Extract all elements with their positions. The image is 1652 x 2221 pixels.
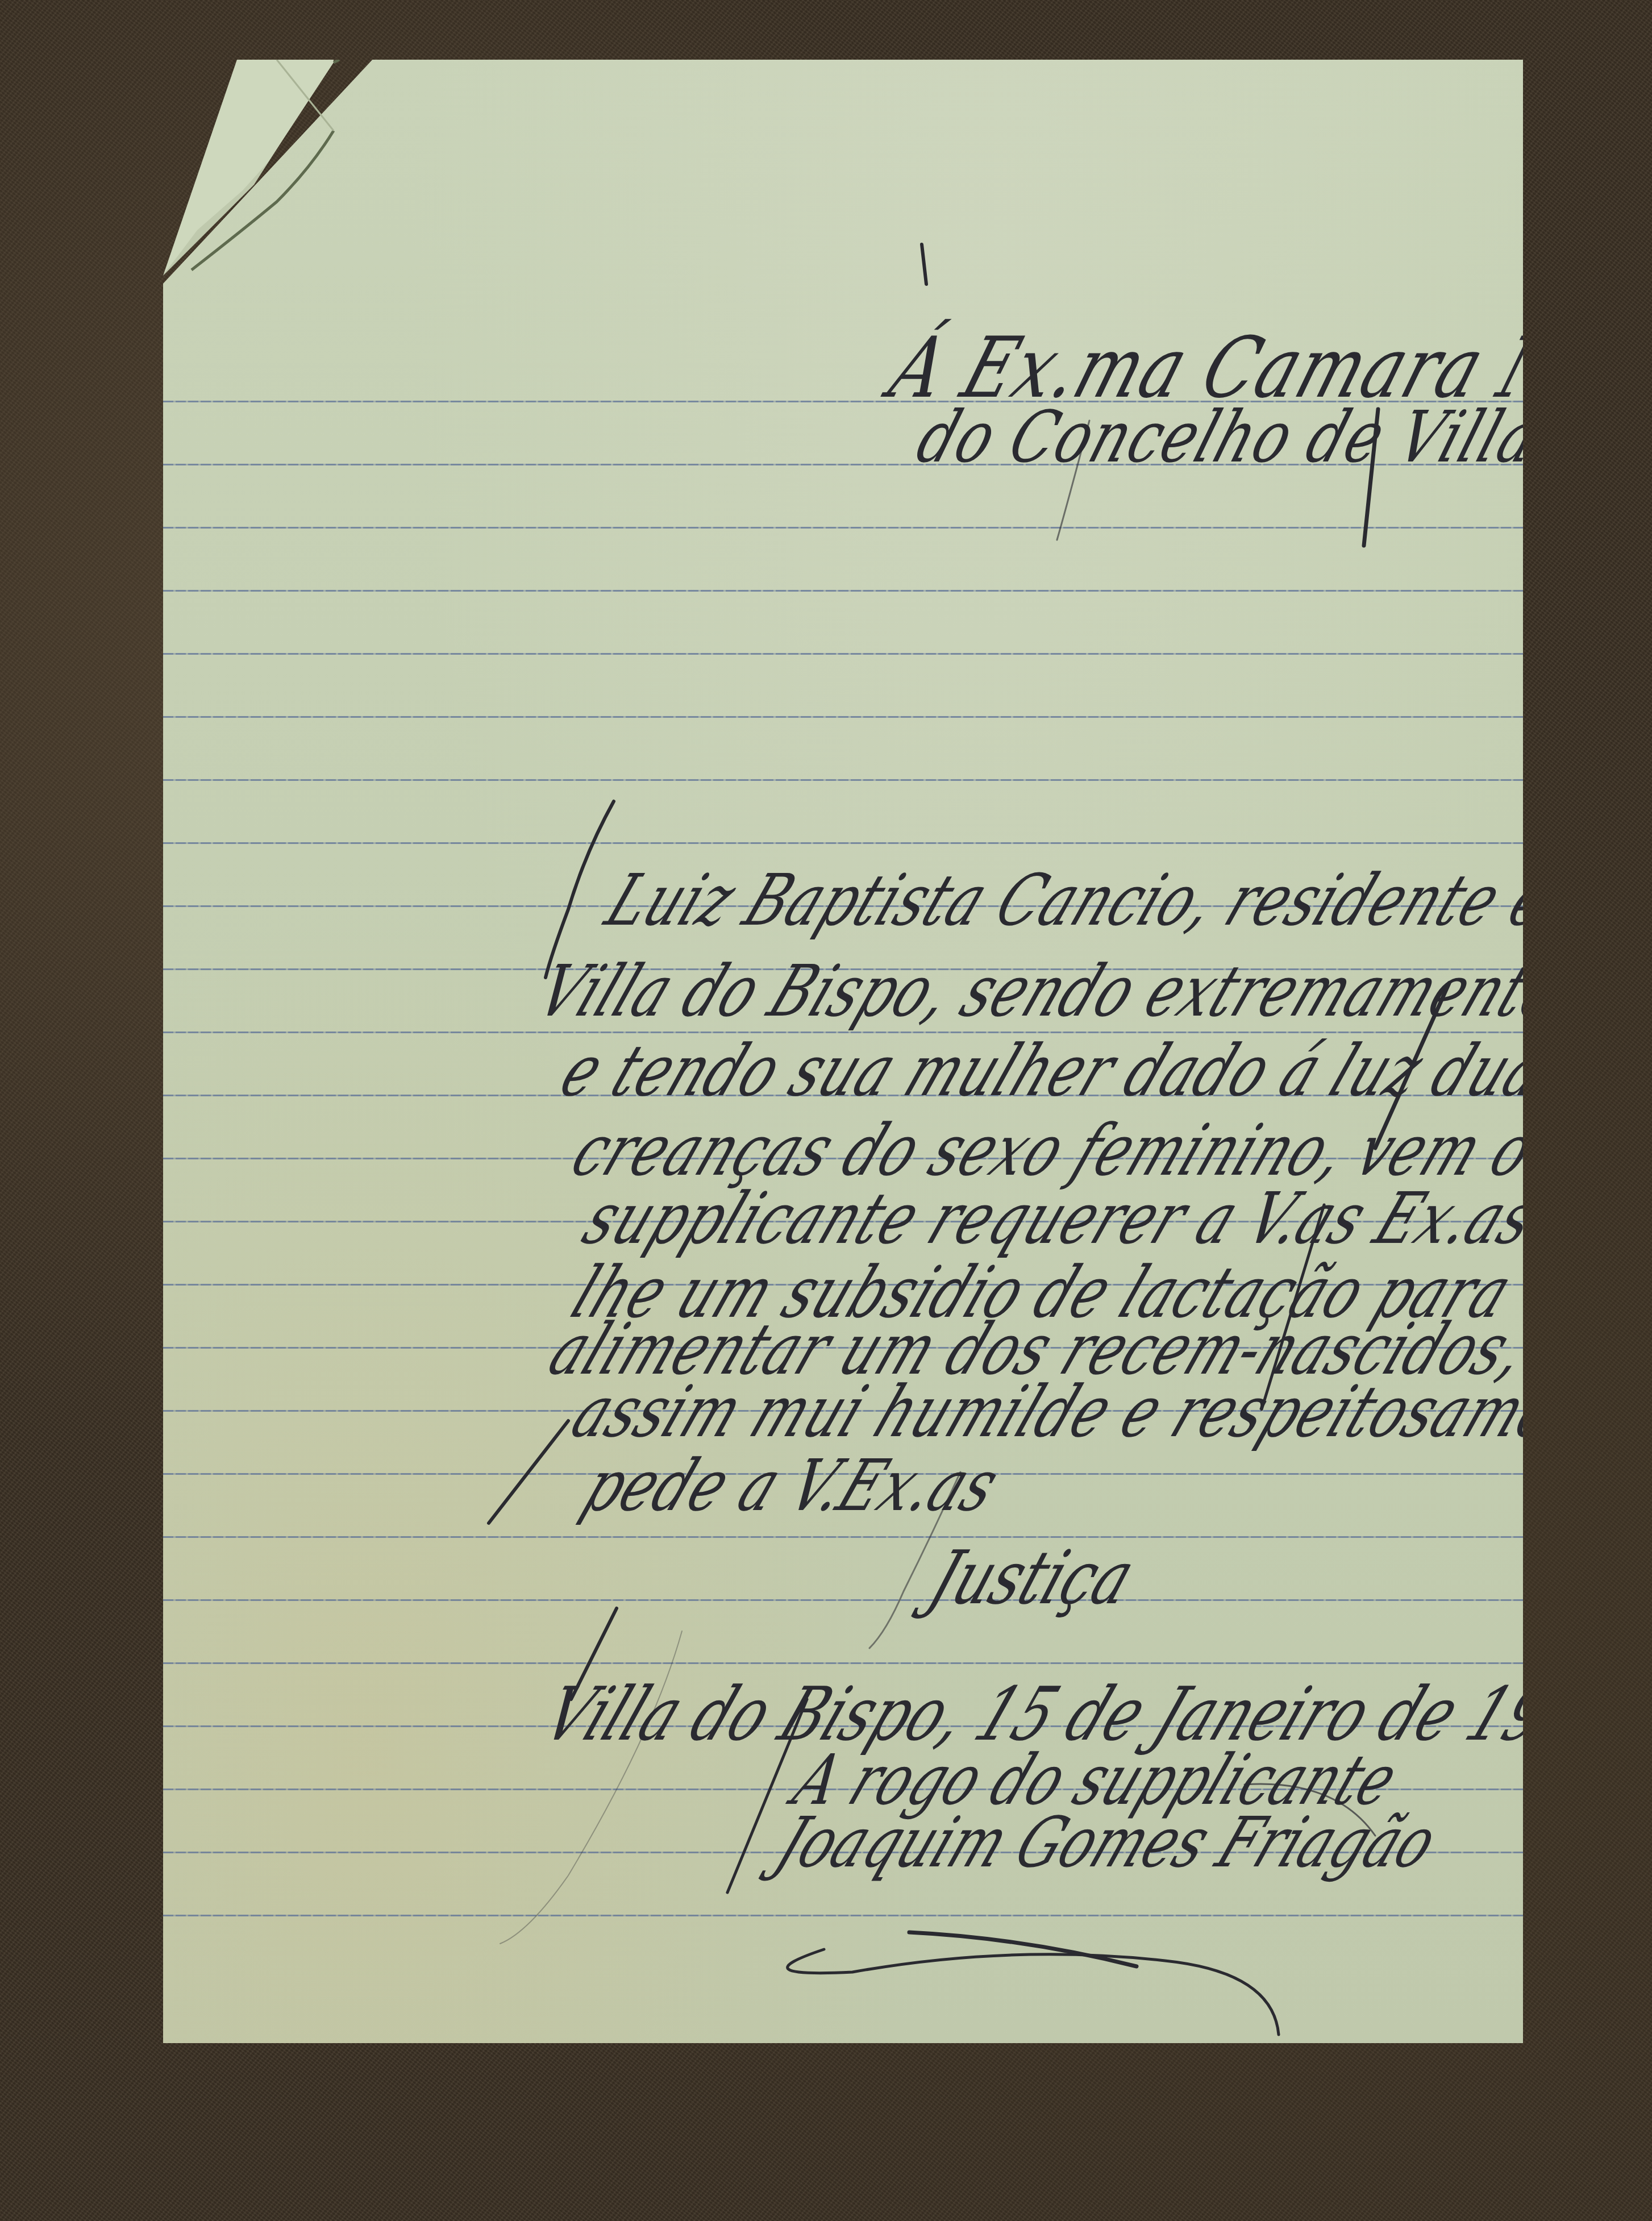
ink-flourishes (0, 0, 1652, 2221)
